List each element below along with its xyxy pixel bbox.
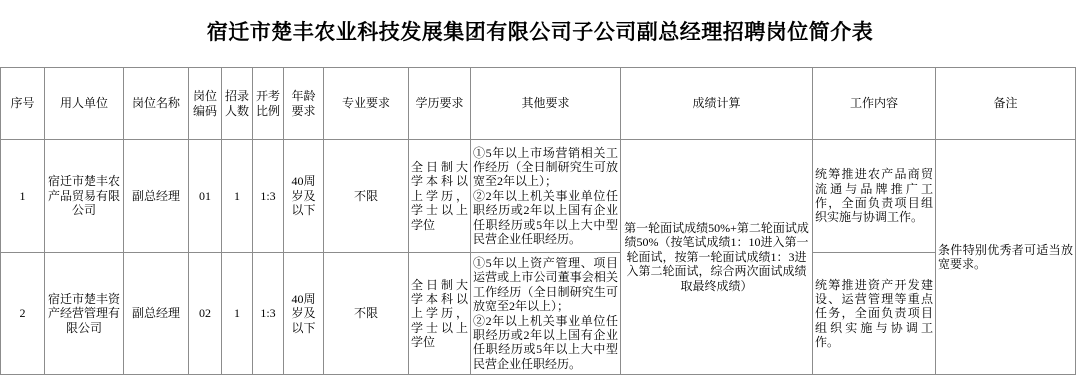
header-duties: 工作内容 [813,68,936,140]
header-education: 学历要求 [409,68,471,140]
header-employer: 用人单位 [45,68,124,140]
cell-seq: 2 [1,253,45,375]
cell-headcount: 1 [222,253,253,375]
cell-major: 不限 [324,253,409,375]
cell-major: 不限 [324,140,409,253]
cell-age: 40周岁及以下 [284,253,324,375]
header-headcount: 招录人数 [222,68,253,140]
cell-score-calc: 第一轮面试成绩50%+第二轮面试成绩50%（按笔试成绩1：10进入第一轮面试，按… [621,140,813,375]
header-remark: 备注 [936,68,1076,140]
cell-position: 副总经理 [124,140,189,253]
cell-code: 02 [189,253,222,375]
cell-headcount: 1 [222,140,253,253]
header-seq: 序号 [1,68,45,140]
table-row-1: 1 宿迁市楚丰农产品贸易有限公司 副总经理 01 1 1:3 40周岁及以下 不… [1,140,1076,253]
cell-other: ①5年以上资产管理、项目运营或上市公司董事会相关工作经历（全日制研究生可放宽至2… [471,253,621,375]
header-major: 专业要求 [324,68,409,140]
cell-age: 40周岁及以下 [284,140,324,253]
header-other: 其他要求 [471,68,621,140]
header-score-calc: 成绩计算 [621,68,813,140]
header-code: 岗位编码 [189,68,222,140]
cell-education: 全日制大学本科以上学历，学士以上学位 [409,140,471,253]
page-title: 宿迁市楚丰农业科技发展集团有限公司子公司副总经理招聘岗位简介表 [0,19,1080,46]
cell-other: ①5年以上市场营销相关工作经历（全日制研究生可放宽至2年以上）； ②2年以上机关… [471,140,621,253]
cell-position: 副总经理 [124,253,189,375]
cell-education: 全日制大学本科以上学历，学士以上学位 [409,253,471,375]
cell-employer: 宿迁市楚丰农产品贸易有限公司 [45,140,124,253]
cell-employer: 宿迁市楚丰资产经营管理有限公司 [45,253,124,375]
header-position: 岗位名称 [124,68,189,140]
cell-code: 01 [189,140,222,253]
header-age: 年龄要求 [284,68,324,140]
cell-duties: 统筹推进资产开发建设、运营管理等重点任务，全面负责项目组织实施与协调工作。 [813,253,936,375]
cell-exam-ratio: 1:3 [253,253,284,375]
cell-remark: 条件特别优秀者可适当放宽要求。 [936,140,1076,375]
cell-duties: 统筹推进农产品商贸流通与品牌推广工作，全面负责项目组织实施与协调工作。 [813,140,936,253]
recruitment-table: 序号 用人单位 岗位名称 岗位编码 招录人数 开考比例 年龄要求 专业要求 学历… [0,67,1076,375]
header-row: 序号 用人单位 岗位名称 岗位编码 招录人数 开考比例 年龄要求 专业要求 学历… [1,68,1076,140]
cell-seq: 1 [1,140,45,253]
header-exam-ratio: 开考比例 [253,68,284,140]
table-row-2: 2 宿迁市楚丰资产经营管理有限公司 副总经理 02 1 1:3 40周岁及以下 … [1,253,1076,375]
cell-exam-ratio: 1:3 [253,140,284,253]
page: 宿迁市楚丰农业科技发展集团有限公司子公司副总经理招聘岗位简介表 序号 用人单位 … [0,0,1080,375]
